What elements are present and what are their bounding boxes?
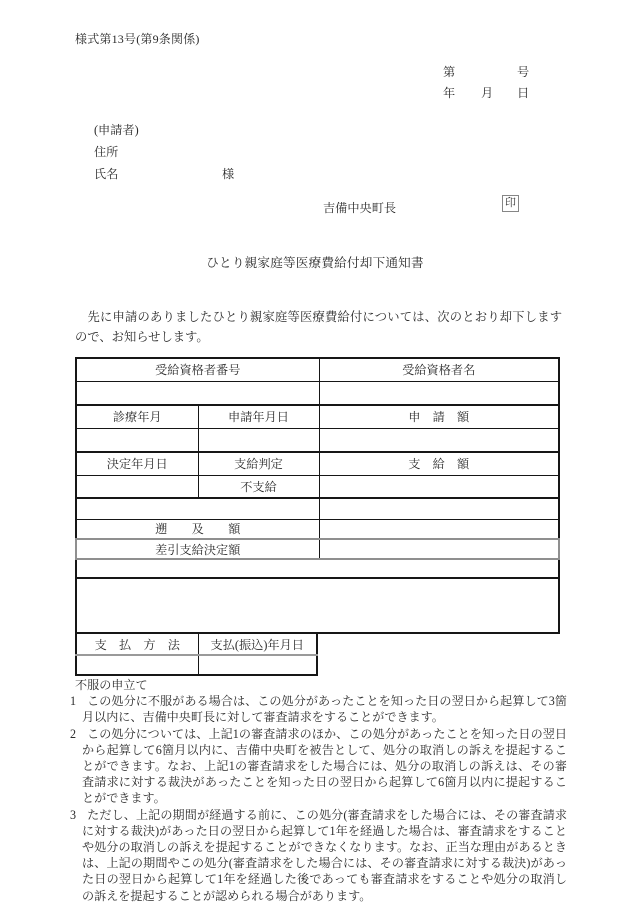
applicant-label: (申請者) — [94, 121, 139, 138]
payment-amount-header: 支 給 額 — [319, 452, 559, 475]
payment-method-header: 支 払 方 法 — [76, 633, 198, 655]
appeal-item-3-number: 3 — [70, 808, 76, 822]
appeal-item-2: 2この処分については、上記1の審査請求のほか、この処分があったことを知った日の翌… — [70, 726, 567, 807]
application-date-value-cell — [198, 428, 319, 452]
payment-judgment-header: 支給判定 — [198, 452, 319, 475]
payment-info-table: 支 払 方 法 支払(振込)年月日 — [75, 632, 318, 676]
appeal-item-2-text: この処分については、上記1の審査請求のほか、この処分があったことを知った日の翌日… — [82, 727, 567, 806]
appeal-item-1-text: この処分に不服がある場合は、この処分があったことを知った日の翌日から起算して3箇… — [82, 694, 567, 724]
benefit-detail-table: 受給資格者番号 受給資格者名 診療年月 申請年月日 申 請 額 決定年月日 支給… — [75, 357, 560, 634]
official-seal: 印 — [502, 195, 519, 212]
remarks-row-cell — [76, 559, 559, 578]
notes-box-cell — [76, 578, 559, 633]
treatment-month-header: 診療年月 — [76, 405, 198, 428]
payment-method-value-cell — [76, 655, 198, 675]
issuer-name: 吉備中央町長 — [323, 199, 396, 216]
doc-number-suffix: 号 — [517, 63, 529, 80]
application-date-header: 申請年月日 — [198, 405, 319, 428]
decision-date-value-cell — [76, 475, 198, 498]
appeal-item-1-number: 1 — [70, 694, 76, 708]
appeal-item-3-text: ただし、上記の期間が経過する前に、この処分(審査請求をした場合には、その審査請求… — [82, 808, 567, 903]
recipient-name-header: 受給資格者名 — [319, 358, 559, 381]
document-title: ひとり親家庭等医療費給付却下通知書 — [0, 252, 630, 271]
payment-date-header: 支払(振込)年月日 — [198, 633, 317, 655]
honorific-label: 様 — [222, 165, 234, 182]
recipient-number-header: 受給資格者番号 — [76, 358, 319, 381]
address-label: 住所 — [94, 143, 118, 160]
payment-date-value-cell — [198, 655, 317, 675]
notice-body: 先に申請のありましたひとり親家庭等医療費給付については、次のとおり却下しますので… — [75, 308, 562, 347]
treatment-month-value-cell — [76, 428, 198, 452]
appeal-item-3: 3ただし、上記の期間が経過する前に、この処分(審査請求をした場合には、その審査請… — [70, 807, 567, 904]
spacer-value-cell — [319, 498, 559, 519]
spacer-label-cell — [76, 498, 319, 519]
retroactive-amount-header: 遡 及 額 — [76, 519, 319, 539]
payment-amount-value-cell — [319, 475, 559, 498]
net-payment-value-cell — [319, 539, 559, 559]
payment-judgment-value: 不支給 — [198, 475, 319, 498]
date-year-label: 年 — [443, 84, 455, 101]
application-amount-value-cell — [319, 428, 559, 452]
appeal-item-1: 1この処分に不服がある場合は、この処分があったことを知った日の翌日から起算して3… — [70, 693, 567, 725]
name-label: 氏名 — [94, 165, 118, 182]
date-day-label: 日 — [517, 84, 529, 101]
appeal-heading: 不服の申立て — [70, 677, 567, 693]
retroactive-amount-value-cell — [319, 519, 559, 539]
document-page: 様式第13号(第9条関係) 第 号 年 月 日 (申請者) 住所 氏名 様 吉備… — [0, 0, 630, 915]
recipient-name-value-cell — [319, 381, 559, 405]
date-month-label: 月 — [481, 84, 493, 101]
net-payment-header: 差引支給決定額 — [76, 539, 319, 559]
form-number: 様式第13号(第9条関係) — [75, 30, 200, 47]
decision-date-header: 決定年月日 — [76, 452, 198, 475]
application-amount-header: 申 請 額 — [319, 405, 559, 428]
recipient-number-value-cell — [76, 381, 319, 405]
appeal-section: 不服の申立て 1この処分に不服がある場合は、この処分があったことを知った日の翌日… — [70, 677, 567, 904]
appeal-item-2-number: 2 — [70, 727, 76, 741]
doc-number-prefix: 第 — [443, 63, 455, 80]
